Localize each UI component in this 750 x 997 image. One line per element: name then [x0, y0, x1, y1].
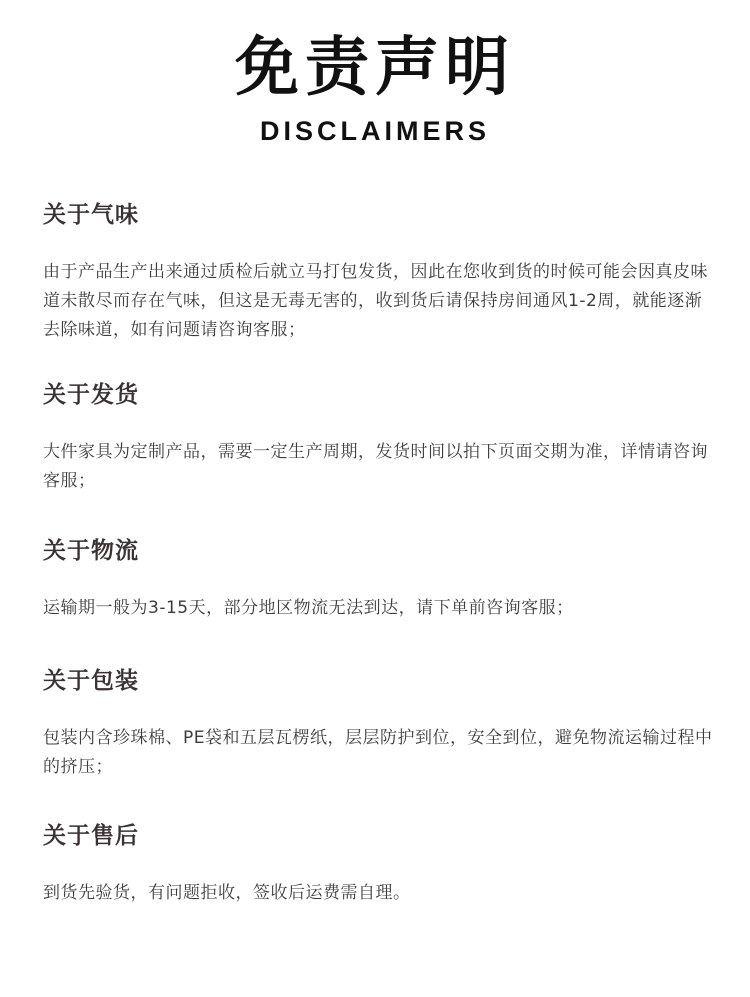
section-title: 关于发货	[43, 380, 713, 410]
section-body: 包装内含珍珠棉、PE袋和五层瓦楞纸，层层防护到位，安全到位，避免物流运输过程中的…	[43, 724, 713, 782]
section-body: 到货先验货，有问题拒收，签收后运费需自理。	[43, 879, 713, 908]
page-title: 免责声明	[0, 28, 750, 108]
section-body: 大件家具为定制产品，需要一定生产周期，发货时间以拍下页面交期为准，详情请咨询客服…	[43, 438, 713, 496]
page-subtitle: DISCLAIMERS	[0, 114, 750, 148]
section-body: 运输期一般为3-15天，部分地区物流无法到达，请下单前咨询客服；	[43, 594, 713, 623]
section-title: 关于气味	[43, 200, 713, 230]
section-after-sales: 关于售后 到货先验货，有问题拒收，签收后运费需自理。	[43, 821, 713, 908]
section-title: 关于包装	[43, 666, 713, 696]
section-odor: 关于气味 由于产品生产出来通过质检后就立马打包发货，因此在您收到货的时候可能会因…	[43, 200, 713, 345]
section-body: 由于产品生产出来通过质检后就立马打包发货，因此在您收到货的时候可能会因真皮味道未…	[43, 258, 713, 345]
page-header: 免责声明 DISCLAIMERS	[0, 28, 750, 148]
section-logistics: 关于物流 运输期一般为3-15天，部分地区物流无法到达，请下单前咨询客服；	[43, 536, 713, 623]
section-shipping: 关于发货 大件家具为定制产品，需要一定生产周期，发货时间以拍下页面交期为准，详情…	[43, 380, 713, 496]
section-title: 关于售后	[43, 821, 713, 851]
section-title: 关于物流	[43, 536, 713, 566]
section-packaging: 关于包装 包装内含珍珠棉、PE袋和五层瓦楞纸，层层防护到位，安全到位，避免物流运…	[43, 666, 713, 782]
